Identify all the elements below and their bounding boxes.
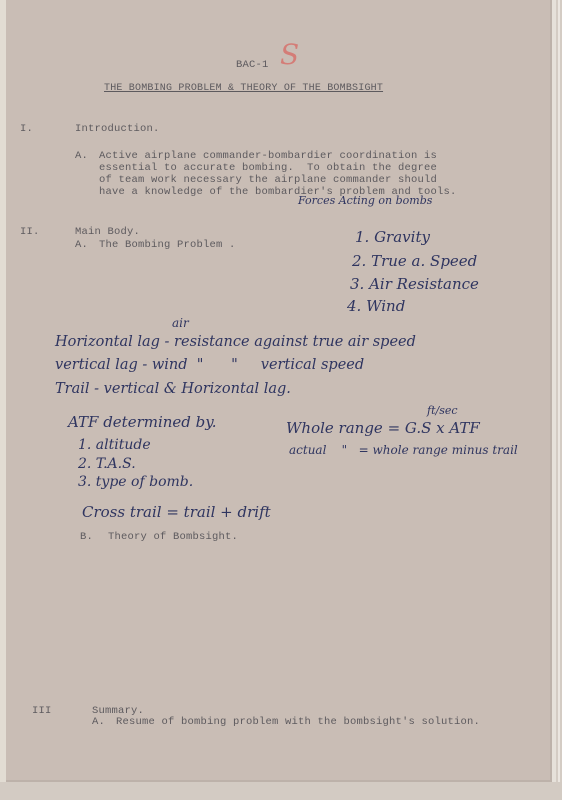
handwritten-forces-heading: Forces Acting on bombs	[298, 194, 432, 207]
handwritten-insert-air: air	[172, 316, 189, 330]
doc-code: BAC-1	[236, 59, 269, 71]
handwritten-cross-trail: Cross trail = trail + drift	[82, 503, 271, 521]
item-summary-resume: Resume of bombing problem with the bombs…	[116, 716, 480, 728]
section-numeral-1: I.	[20, 123, 33, 135]
intro-line-1: Active airplane commander-bombardier coo…	[99, 150, 437, 162]
handwritten-vertical-lag: vertical lag - wind " " vertical speed	[55, 357, 364, 373]
red-pencil-mark: S	[280, 38, 299, 71]
handwritten-trail: Trail - vertical & Horizontal lag.	[55, 381, 291, 397]
handwritten-force-4: 4. Wind	[347, 297, 405, 315]
item-bombing-problem: The Bombing Problem .	[99, 239, 236, 251]
section-heading-introduction: Introduction.	[75, 123, 160, 135]
handwritten-force-1: 1. Gravity	[355, 228, 430, 246]
handwritten-units: ft/sec	[427, 404, 458, 417]
item-letter-2a: A.	[75, 239, 88, 251]
intro-line-3: of team work necessary the airplane comm…	[99, 174, 437, 186]
handwritten-force-3: 3. Air Resistance	[350, 275, 479, 293]
underlying-page-highlight	[558, 0, 560, 800]
handwritten-whole-range: Whole range = G.S x ATF	[286, 419, 480, 437]
handwritten-atf-item-1: 1. altitude	[78, 437, 151, 453]
section-numeral-2: II.	[20, 226, 40, 238]
handwritten-atf-item-3: 3. type of bomb.	[78, 474, 193, 490]
item-letter-2b: B.	[80, 531, 93, 543]
handwritten-actual-range: actual " = whole range minus trail	[289, 443, 518, 457]
handwritten-horizontal-lag: Horizontal lag - resistance against true…	[55, 334, 416, 350]
intro-line-2: essential to accurate bombing. To obtain…	[99, 162, 437, 174]
page-bottom-edge	[0, 782, 562, 800]
handwritten-atf-item-2: 2. T.A.S.	[78, 456, 136, 472]
handwritten-force-2: 2. True a. Speed	[352, 252, 477, 270]
section-heading-main-body: Main Body.	[75, 226, 140, 238]
item-theory-of-bombsight: Theory of Bombsight.	[108, 531, 238, 543]
item-letter-3a: A.	[92, 716, 105, 728]
document-title: THE BOMBING PROBLEM & THEORY OF THE BOMB…	[104, 83, 383, 94]
handwritten-atf-heading: ATF determined by.	[68, 413, 217, 431]
item-letter-1a: A.	[75, 150, 88, 162]
section-numeral-3: III	[32, 705, 52, 717]
